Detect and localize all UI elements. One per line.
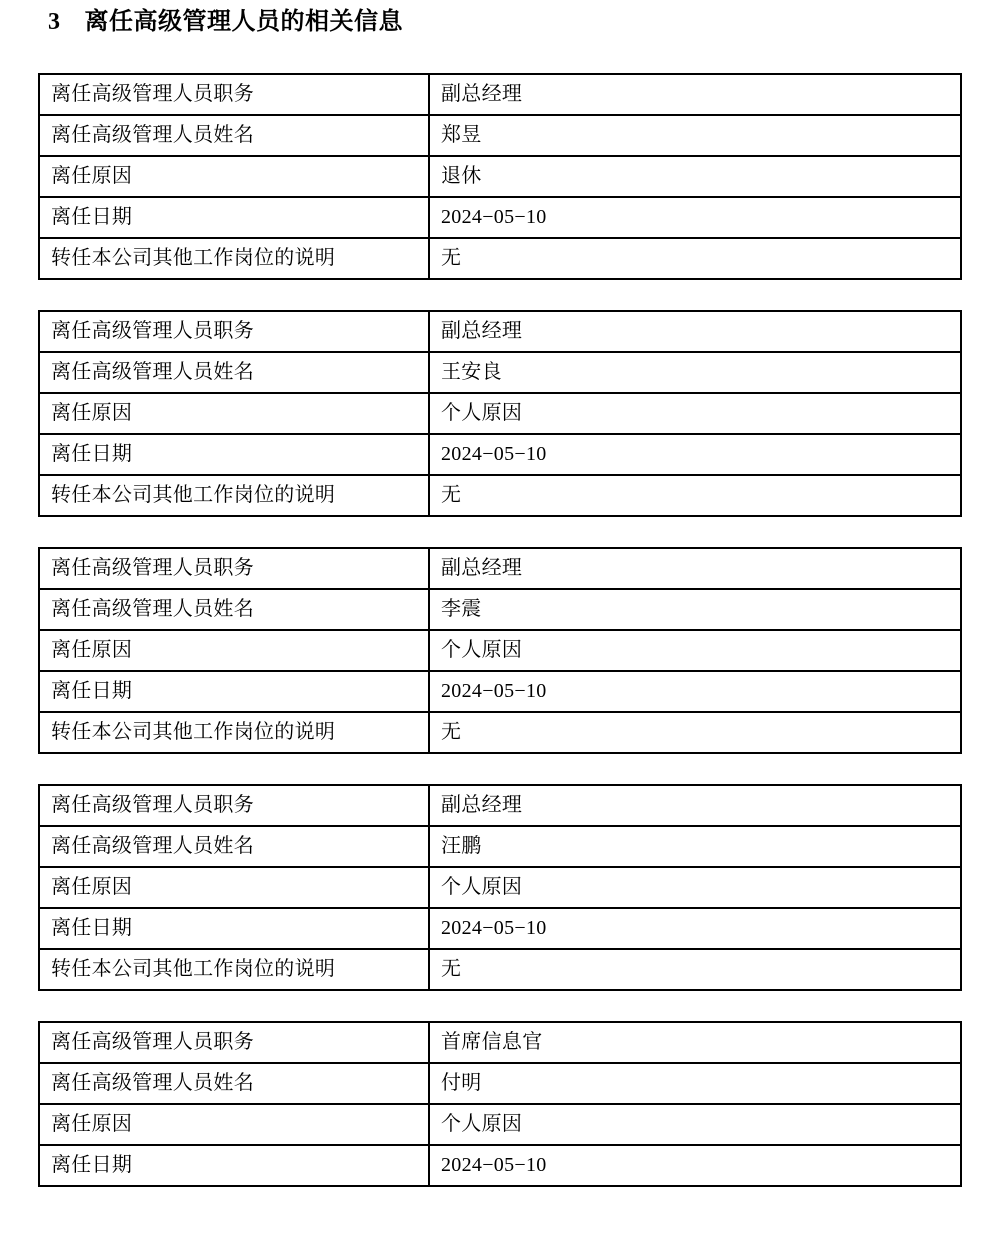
field-label: 离任高级管理人员职务 (39, 1022, 429, 1063)
field-value: 郑昱 (429, 115, 961, 156)
table-row: 离任高级管理人员职务 副总经理 (39, 74, 961, 115)
document-page: 3离任高级管理人员的相关信息 离任高级管理人员职务 副总经理 离任高级管理人员姓… (0, 8, 999, 1254)
field-value: 个人原因 (429, 1104, 961, 1145)
field-value: 2024−05−10 (429, 197, 961, 238)
departure-info-table-1: 离任高级管理人员职务 副总经理 离任高级管理人员姓名 郑昱 离任原因 退休 离任… (38, 73, 962, 280)
table-row: 离任日期 2024−05−10 (39, 908, 961, 949)
table-row: 离任原因 个人原因 (39, 1104, 961, 1145)
field-value: 退休 (429, 156, 961, 197)
field-value: 2024−05−10 (429, 671, 961, 712)
field-label: 转任本公司其他工作岗位的说明 (39, 475, 429, 516)
field-label: 转任本公司其他工作岗位的说明 (39, 712, 429, 753)
section-number: 3 (48, 8, 61, 37)
table-row: 离任高级管理人员姓名 汪鹏 (39, 826, 961, 867)
table-row: 转任本公司其他工作岗位的说明 无 (39, 238, 961, 279)
field-value: 无 (429, 949, 961, 990)
section-heading: 3离任高级管理人员的相关信息 (48, 8, 999, 37)
field-label: 离任原因 (39, 867, 429, 908)
table-row: 离任原因 退休 (39, 156, 961, 197)
departure-info-table-3: 离任高级管理人员职务 副总经理 离任高级管理人员姓名 李震 离任原因 个人原因 … (38, 547, 962, 754)
table-row: 离任高级管理人员职务 副总经理 (39, 548, 961, 589)
table-row: 离任原因 个人原因 (39, 630, 961, 671)
field-label: 离任高级管理人员姓名 (39, 1063, 429, 1104)
section-title: 离任高级管理人员的相关信息 (85, 9, 404, 35)
table-row: 离任高级管理人员姓名 王安良 (39, 352, 961, 393)
field-label: 离任高级管理人员职务 (39, 548, 429, 589)
field-label: 离任日期 (39, 908, 429, 949)
departure-info-table-5: 离任高级管理人员职务 首席信息官 离任高级管理人员姓名 付明 离任原因 个人原因… (38, 1021, 962, 1187)
table-row: 离任日期 2024−05−10 (39, 197, 961, 238)
field-value: 副总经理 (429, 548, 961, 589)
table-row: 离任原因 个人原因 (39, 393, 961, 434)
field-value: 李震 (429, 589, 961, 630)
field-label: 离任原因 (39, 156, 429, 197)
field-value: 无 (429, 238, 961, 279)
field-label: 离任日期 (39, 197, 429, 238)
departure-info-table-4: 离任高级管理人员职务 副总经理 离任高级管理人员姓名 汪鹏 离任原因 个人原因 … (38, 784, 962, 991)
field-label: 转任本公司其他工作岗位的说明 (39, 949, 429, 990)
field-label: 转任本公司其他工作岗位的说明 (39, 238, 429, 279)
field-value: 王安良 (429, 352, 961, 393)
field-label: 离任高级管理人员姓名 (39, 352, 429, 393)
table-row: 离任高级管理人员姓名 李震 (39, 589, 961, 630)
table-row: 离任日期 2024−05−10 (39, 671, 961, 712)
table-row: 离任高级管理人员职务 副总经理 (39, 785, 961, 826)
field-label: 离任高级管理人员职务 (39, 74, 429, 115)
field-label: 离任高级管理人员姓名 (39, 115, 429, 156)
field-value: 副总经理 (429, 311, 961, 352)
table-row: 转任本公司其他工作岗位的说明 无 (39, 949, 961, 990)
field-value: 首席信息官 (429, 1022, 961, 1063)
table-row: 离任高级管理人员职务 副总经理 (39, 311, 961, 352)
field-value: 副总经理 (429, 74, 961, 115)
table-row: 离任日期 2024−05−10 (39, 434, 961, 475)
field-label: 离任高级管理人员姓名 (39, 826, 429, 867)
field-label: 离任高级管理人员姓名 (39, 589, 429, 630)
field-value: 2024−05−10 (429, 434, 961, 475)
field-label: 离任高级管理人员职务 (39, 311, 429, 352)
field-value: 无 (429, 712, 961, 753)
field-label: 离任高级管理人员职务 (39, 785, 429, 826)
field-value: 个人原因 (429, 867, 961, 908)
table-row: 转任本公司其他工作岗位的说明 无 (39, 712, 961, 753)
field-label: 离任日期 (39, 1145, 429, 1186)
field-value: 个人原因 (429, 630, 961, 671)
field-label: 离任原因 (39, 630, 429, 671)
field-value: 无 (429, 475, 961, 516)
field-value: 副总经理 (429, 785, 961, 826)
field-label: 离任原因 (39, 1104, 429, 1145)
field-label: 离任日期 (39, 434, 429, 475)
field-label: 离任原因 (39, 393, 429, 434)
departure-info-table-2: 离任高级管理人员职务 副总经理 离任高级管理人员姓名 王安良 离任原因 个人原因… (38, 310, 962, 517)
field-value: 个人原因 (429, 393, 961, 434)
field-value: 2024−05−10 (429, 1145, 961, 1186)
field-label: 离任日期 (39, 671, 429, 712)
field-value: 2024−05−10 (429, 908, 961, 949)
table-row: 离任高级管理人员姓名 付明 (39, 1063, 961, 1104)
table-row: 离任高级管理人员姓名 郑昱 (39, 115, 961, 156)
field-value: 付明 (429, 1063, 961, 1104)
table-row: 离任日期 2024−05−10 (39, 1145, 961, 1186)
table-row: 离任高级管理人员职务 首席信息官 (39, 1022, 961, 1063)
table-row: 离任原因 个人原因 (39, 867, 961, 908)
table-row: 转任本公司其他工作岗位的说明 无 (39, 475, 961, 516)
field-value: 汪鹏 (429, 826, 961, 867)
tables-container: 离任高级管理人员职务 副总经理 离任高级管理人员姓名 郑昱 离任原因 退休 离任… (38, 73, 999, 1187)
